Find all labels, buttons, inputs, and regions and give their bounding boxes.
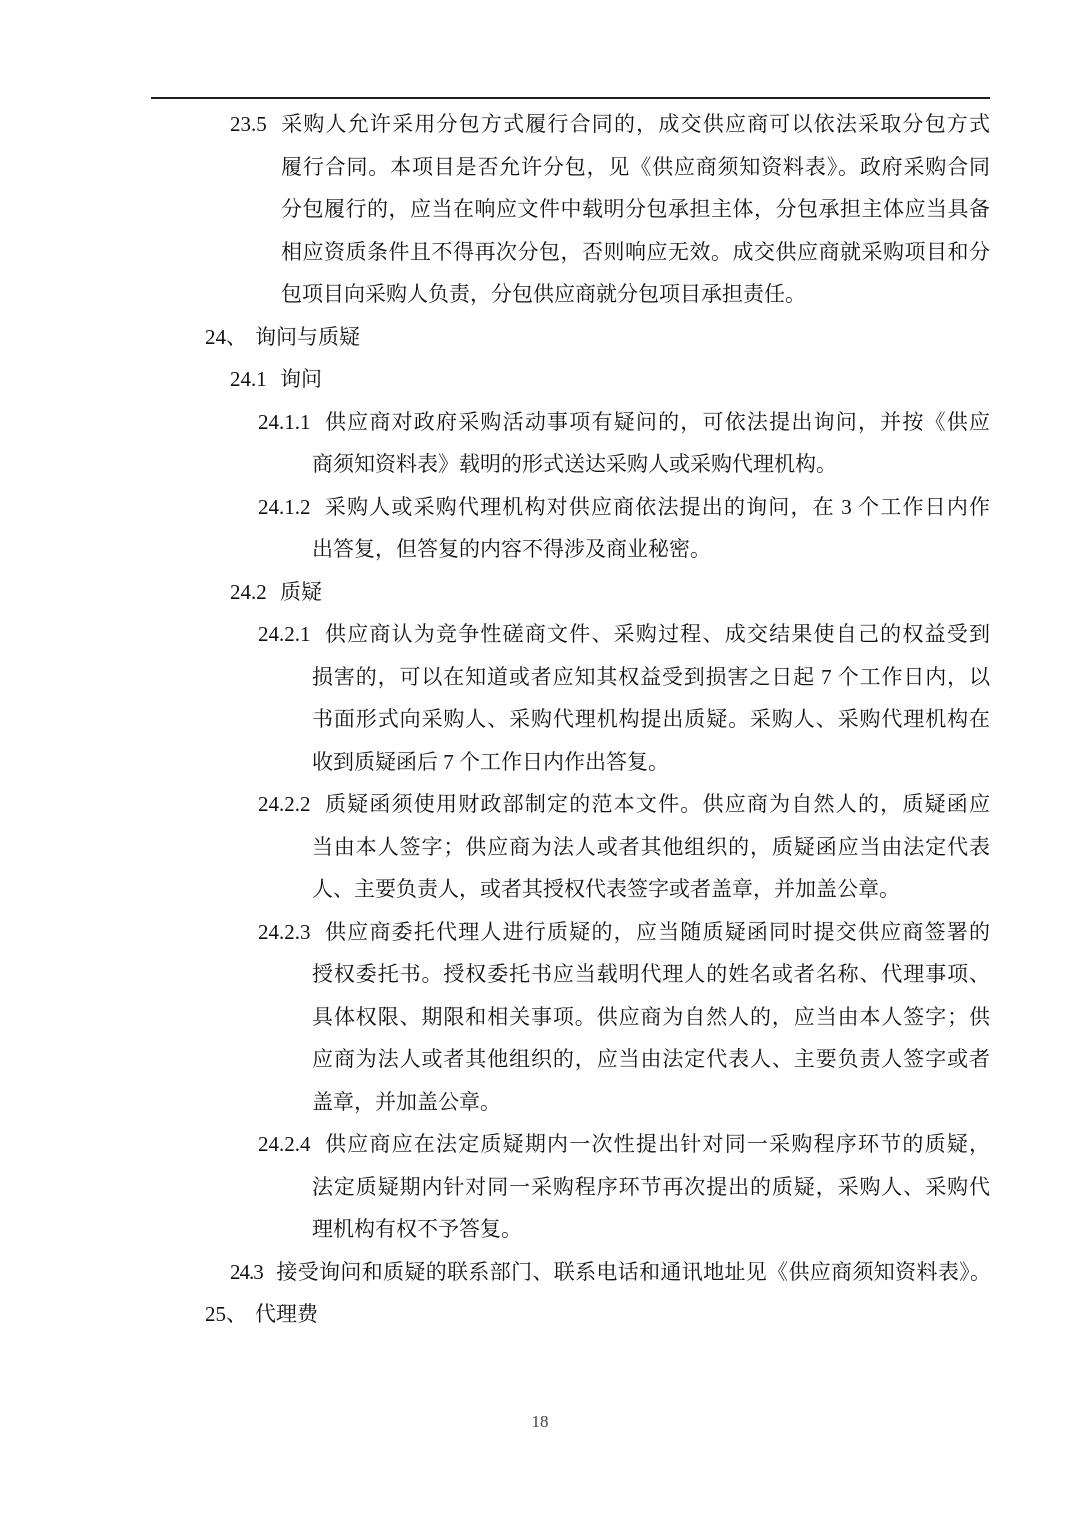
section-24-1: 24.1 询问	[0, 358, 990, 401]
paragraph-line: 24.2.3 供应商委托代理人进行质疑的，应当随质疑函同时提交供应商签署的	[0, 911, 990, 954]
paragraph-line: 24.2.1 供应商认为竞争性磋商文件、采购过程、成交结果使自己的权益受到	[0, 613, 990, 656]
paragraph-line: 人、主要负责人，或者其授权代表签字或者盖章，并加盖公章。	[0, 868, 990, 911]
section-24: 24、询问与质疑	[0, 316, 990, 359]
section-24-2-2: 24.2.2 质疑函须使用财政部制定的范本文件。供应商为自然人的，质疑函应 当由…	[0, 783, 990, 911]
section-number: 24.3	[230, 1260, 263, 1284]
paragraph-line: 损害的，可以在知道或者应知其权益受到损害之日起 7 个工作日内，以	[0, 656, 990, 699]
section-number: 23.5	[230, 112, 267, 136]
paragraph-line: 书面形式向采购人、采购代理机构提出质疑。采购人、采购代理机构在	[0, 698, 990, 741]
section-24-1-2: 24.1.2 采购人或采购代理机构对供应商依法提出的询问，在 3 个工作日内作 …	[0, 486, 990, 571]
paragraph-text: 接受询问和质疑的联系部门、联系电话和通讯地址见《供应商须知资料表》。	[276, 1260, 990, 1284]
heading-line: 24.1 询问	[0, 358, 990, 401]
heading-text: 询问与质疑	[255, 325, 360, 349]
paragraph-line: 法定质疑期内针对同一采购程序环节再次提出的质疑，采购人、采购代	[0, 1166, 990, 1209]
paragraph-text: 供应商应在法定质疑期内一次性提出针对同一采购程序环节的质疑，	[325, 1132, 990, 1156]
paragraph-line: 出答复，但答复的内容不得涉及商业秘密。	[0, 528, 990, 571]
section-24-2-1: 24.2.1 供应商认为竞争性磋商文件、采购过程、成交结果使自己的权益受到 损害…	[0, 613, 990, 783]
heading-text: 询问	[280, 367, 322, 391]
paragraph-line: 24.3 接受询问和质疑的联系部门、联系电话和通讯地址见《供应商须知资料表》。	[0, 1251, 990, 1294]
section-number: 24.1.2	[258, 495, 311, 519]
section-number: 24.2	[230, 580, 267, 604]
paragraph-line: 应商为法人或者其他组织的，应当由法定代表人、主要负责人签字或者	[0, 1038, 990, 1081]
section-number: 24.2.4	[258, 1132, 311, 1156]
paragraph-line: 履行合同。本项目是否允许分包，见《供应商须知资料表》。政府采购合同	[0, 146, 990, 189]
paragraph-line: 当由本人签字；供应商为法人或者其他组织的，质疑函应当由法定代表	[0, 826, 990, 869]
paragraph-line: 理机构有权不予答复。	[0, 1208, 990, 1251]
section-number: 24、	[205, 325, 247, 349]
heading-line: 24、询问与质疑	[0, 316, 990, 359]
paragraph-text: 采购人或采购代理机构对供应商依法提出的询问，在 3 个工作日内作	[325, 495, 990, 519]
paragraph-text: 采购人允许采用分包方式履行合同的，成交供应商可以依法采取分包方式	[281, 112, 990, 136]
document-page: 23.5 采购人允许采用分包方式履行合同的，成交供应商可以依法采取分包方式 履行…	[0, 0, 1080, 1527]
paragraph-line: 24.1.2 采购人或采购代理机构对供应商依法提出的询问，在 3 个工作日内作	[0, 486, 990, 529]
section-24-2: 24.2 质疑	[0, 571, 990, 614]
section-24-1-1: 24.1.1 供应商对政府采购活动事项有疑问的，可依法提出询问，并按《供应 商须…	[0, 401, 990, 486]
paragraph-line: 收到质疑函后 7 个工作日内作出答复。	[0, 741, 990, 784]
section-number: 24.2.1	[258, 622, 311, 646]
paragraph-line: 24.2.4 供应商应在法定质疑期内一次性提出针对同一采购程序环节的质疑，	[0, 1123, 990, 1166]
section-23-5: 23.5 采购人允许采用分包方式履行合同的，成交供应商可以依法采取分包方式 履行…	[0, 103, 990, 316]
paragraph-line: 24.2.2 质疑函须使用财政部制定的范本文件。供应商为自然人的，质疑函应	[0, 783, 990, 826]
paragraph-line: 包项目向采购人负责，分包供应商就分包项目承担责任。	[0, 273, 990, 316]
section-25: 25、代理费	[0, 1293, 990, 1336]
paragraph-line: 分包履行的，应当在响应文件中载明分包承担主体，分包承担主体应当具备	[0, 188, 990, 231]
heading-text: 质疑	[280, 580, 322, 604]
section-number: 24.2.3	[258, 920, 311, 944]
paragraph-text: 供应商认为竞争性磋商文件、采购过程、成交结果使自己的权益受到	[325, 622, 990, 646]
paragraph-line: 商须知资料表》载明的形式送达采购人或采购代理机构。	[0, 443, 990, 486]
heading-text: 代理费	[255, 1302, 318, 1326]
paragraph-text: 供应商委托代理人进行质疑的，应当随质疑函同时提交供应商签署的	[325, 920, 990, 944]
paragraph-line: 23.5 采购人允许采用分包方式履行合同的，成交供应商可以依法采取分包方式	[0, 103, 990, 146]
paragraph-line: 授权委托书。授权委托书应当载明代理人的姓名或者名称、代理事项、	[0, 953, 990, 996]
document-body: 23.5 采购人允许采用分包方式履行合同的，成交供应商可以依法采取分包方式 履行…	[0, 103, 990, 1336]
section-number: 24.1	[230, 367, 267, 391]
section-24-2-3: 24.2.3 供应商委托代理人进行质疑的，应当随质疑函同时提交供应商签署的 授权…	[0, 911, 990, 1124]
paragraph-text: 供应商对政府采购活动事项有疑问的，可依法提出询问，并按《供应	[325, 410, 990, 434]
header-rule	[151, 97, 990, 99]
heading-line: 25、代理费	[0, 1293, 990, 1336]
heading-line: 24.2 质疑	[0, 571, 990, 614]
paragraph-line: 具体权限、期限和相关事项。供应商为自然人的，应当由本人签字；供	[0, 996, 990, 1039]
section-number: 25、	[205, 1302, 247, 1326]
paragraph-line: 24.1.1 供应商对政府采购活动事项有疑问的，可依法提出询问，并按《供应	[0, 401, 990, 444]
paragraph-text: 质疑函须使用财政部制定的范本文件。供应商为自然人的，质疑函应	[325, 792, 990, 816]
section-number: 24.1.1	[258, 410, 311, 434]
section-number: 24.2.2	[258, 792, 311, 816]
page-number: 18	[0, 1412, 1080, 1432]
paragraph-line: 相应资质条件且不得再次分包，否则响应无效。成交供应商就采购项目和分	[0, 231, 990, 274]
paragraph-line: 盖章，并加盖公章。	[0, 1081, 990, 1124]
section-24-3: 24.3 接受询问和质疑的联系部门、联系电话和通讯地址见《供应商须知资料表》。	[0, 1251, 990, 1294]
section-24-2-4: 24.2.4 供应商应在法定质疑期内一次性提出针对同一采购程序环节的质疑， 法定…	[0, 1123, 990, 1251]
